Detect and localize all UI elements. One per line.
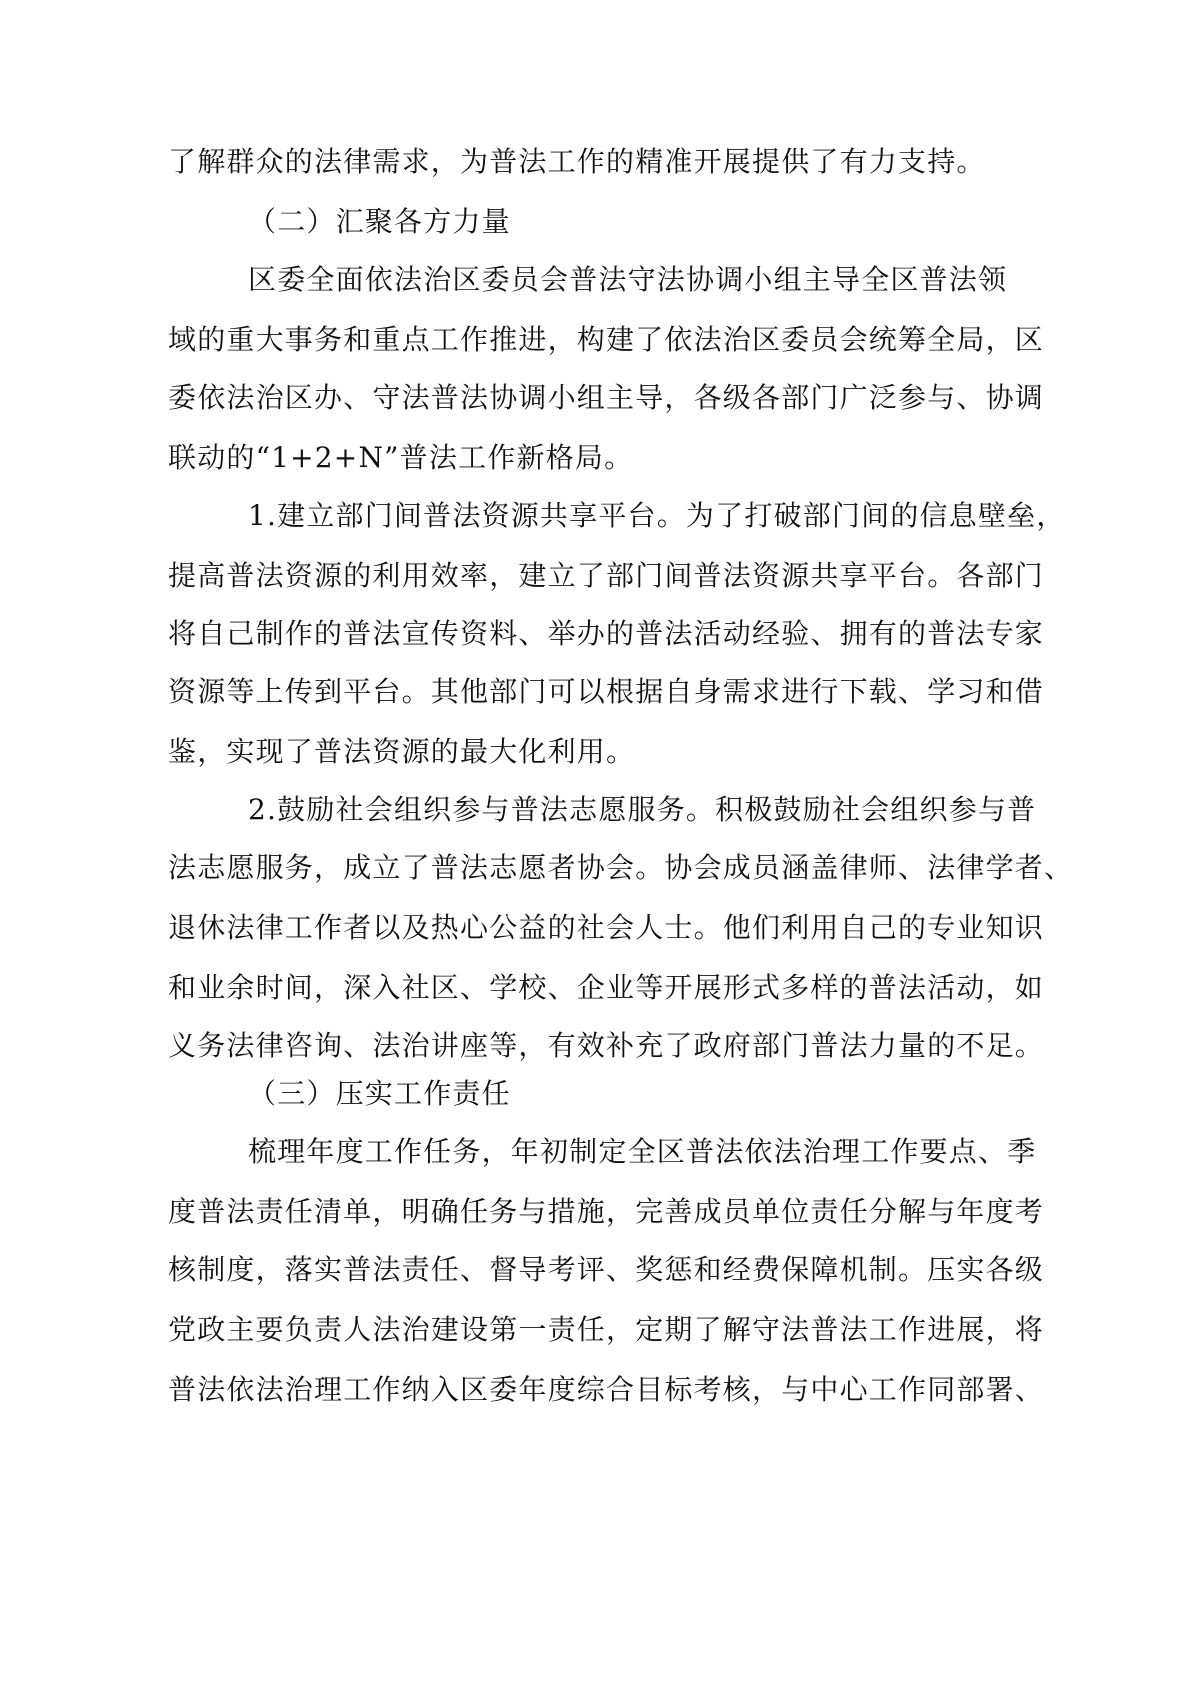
paragraph-line: 资源等上传到平台。其他部门可以根据自身需求进行下载、学习和借	[168, 672, 948, 712]
paragraph-line: 核制度，落实普法责任、督导考评、奖惩和经费保障机制。压实各级	[168, 1250, 948, 1290]
paragraph-line: 普法依法治理工作纳入区委年度综合目标考核，与中心工作同部署、	[168, 1370, 948, 1410]
document-page: 了解群众的法律需求，为普法工作的精准开展提供了有力支持。 （二）汇聚各方力量 区…	[0, 0, 1190, 1683]
paragraph-line: 和业余时间，深入社区、学校、企业等开展形式多样的普法活动，如	[168, 968, 948, 1008]
paragraph-line: 党政主要负责人法治建设第一责任，定期了解守法普法工作进展，将	[168, 1310, 948, 1350]
paragraph-line: 鉴，实现了普法资源的最大化利用。	[168, 732, 948, 772]
paragraph-line: 委依法治区办、守法普法协调小组主导，各级各部门广泛参与、协调	[168, 378, 948, 418]
section-heading-3: （三）压实工作责任	[248, 1074, 1028, 1114]
paragraph-line: 法志愿服务，成立了普法志愿者协会。协会成员涵盖律师、法律学者、	[168, 848, 948, 888]
paragraph-line: 区委全面依法治区委员会普法守法协调小组主导全区普法领	[248, 260, 948, 300]
paragraph-line: 域的重大事务和重点工作推进，构建了依法治区委员会统筹全局，区	[168, 320, 948, 360]
list-item-1-line: 1.建立部门间普法资源共享平台。为了打破部门间的信息壁垒，	[248, 496, 948, 536]
paragraph-line: 梳理年度工作任务，年初制定全区普法依法治理工作要点、季	[248, 1132, 948, 1172]
paragraph-line: 度普法责任清单，明确任务与措施，完善成员单位责任分解与年度考	[168, 1192, 948, 1232]
paragraph-line: 联动的“1+2+N”普法工作新格局。	[168, 438, 948, 478]
paragraph-line: 将自己制作的普法宣传资料、举办的普法活动经验、拥有的普法专家	[168, 614, 948, 654]
list-item-2-line: 2.鼓励社会组织参与普法志愿服务。积极鼓励社会组织参与普	[248, 790, 948, 830]
paragraph-line: 义务法律咨询、法治讲座等，有效补充了政府部门普法力量的不足。	[168, 1026, 948, 1066]
paragraph-line: 提高普法资源的利用效率，建立了部门间普法资源共享平台。各部门	[168, 556, 948, 596]
paragraph-line: 退休法律工作者以及热心公益的社会人士。他们利用自己的专业知识	[168, 908, 948, 948]
section-heading-2: （二）汇聚各方力量	[248, 202, 1028, 242]
paragraph-line: 了解群众的法律需求，为普法工作的精准开展提供了有力支持。	[168, 142, 948, 182]
